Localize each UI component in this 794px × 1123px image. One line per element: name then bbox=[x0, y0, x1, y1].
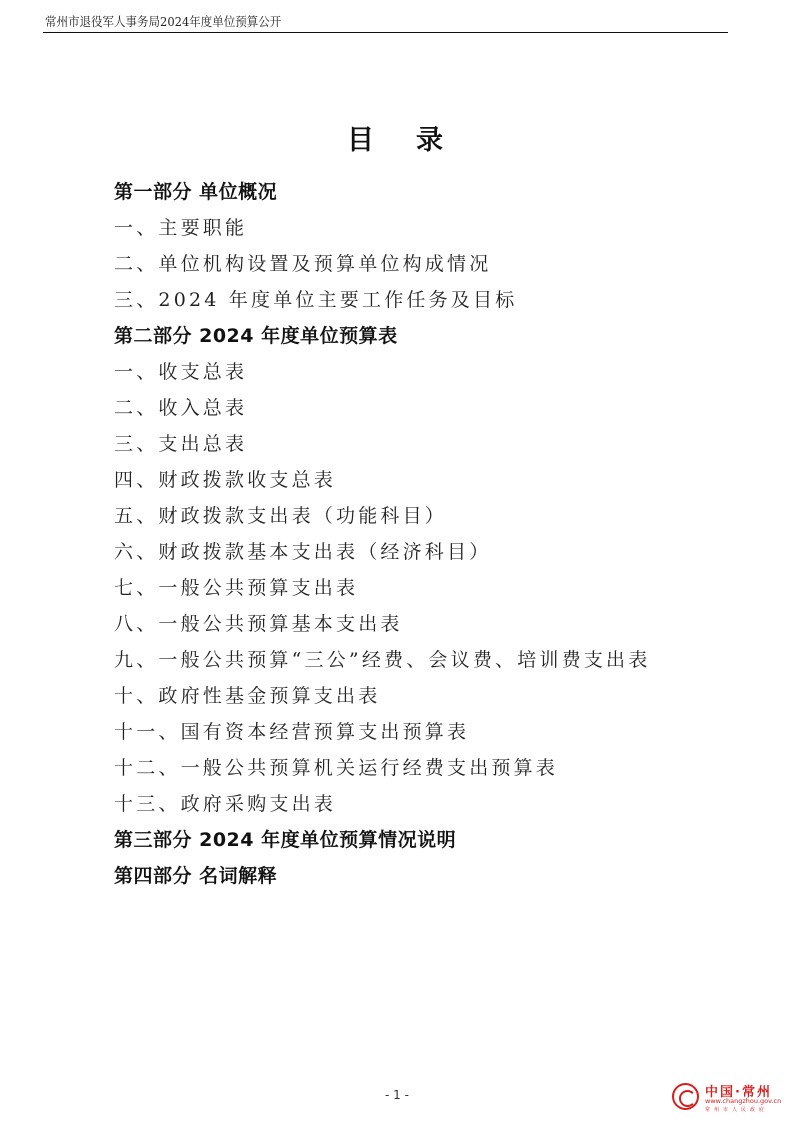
toc-item: 一、主要职能 bbox=[114, 212, 734, 248]
toc-part-heading: 第四部分 名词解释 bbox=[114, 860, 734, 896]
logo-org: 常州市人民政府 bbox=[705, 1106, 768, 1113]
toc-item: 三、支出总表 bbox=[114, 428, 734, 464]
changzhou-gov-logo: 中国·常州 www.changzhou.gov.cn 常州市人民政府 bbox=[672, 1081, 792, 1117]
toc-item: 四、财政拨款收支总表 bbox=[114, 464, 734, 500]
toc-item: 十二、一般公共预算机关运行经费支出预算表 bbox=[114, 752, 734, 788]
toc-item: 十三、政府采购支出表 bbox=[114, 788, 734, 824]
table-of-contents: 第一部分 单位概况 一、主要职能 二、单位机构设置及预算单位构成情况 三、202… bbox=[114, 176, 734, 896]
toc-item: 七、一般公共预算支出表 bbox=[114, 572, 734, 608]
toc-item: 十一、国有资本经营预算支出预算表 bbox=[114, 716, 734, 752]
toc-item: 五、财政拨款支出表（功能科目） bbox=[114, 500, 734, 536]
running-header: 常州市退役军人事务局2024年度单位预算公开 bbox=[43, 14, 728, 33]
toc-part-heading: 第三部分 2024 年度单位预算情况说明 bbox=[114, 824, 734, 860]
running-header-title: 常州市退役军人事务局2024年度单位预算公开 bbox=[45, 14, 281, 30]
toc-item: 九、一般公共预算“三公”经费、会议费、培训费支出表 bbox=[114, 644, 734, 680]
page-title: 目录 bbox=[0, 118, 794, 157]
toc-item: 三、2024 年度单位主要工作任务及目标 bbox=[114, 284, 734, 320]
changzhou-seal-icon bbox=[672, 1083, 699, 1110]
logo-url: www.changzhou.gov.cn bbox=[705, 1097, 781, 1105]
toc-part-heading: 第一部分 单位概况 bbox=[114, 176, 734, 212]
toc-item: 二、收入总表 bbox=[114, 392, 734, 428]
toc-item: 一、收支总表 bbox=[114, 356, 734, 392]
toc-item: 二、单位机构设置及预算单位构成情况 bbox=[114, 248, 734, 284]
toc-item: 六、财政拨款基本支出表（经济科目） bbox=[114, 536, 734, 572]
toc-item: 十、政府性基金预算支出表 bbox=[114, 680, 734, 716]
toc-item: 八、一般公共预算基本支出表 bbox=[114, 608, 734, 644]
toc-part-heading: 第二部分 2024 年度单位预算表 bbox=[114, 320, 734, 356]
